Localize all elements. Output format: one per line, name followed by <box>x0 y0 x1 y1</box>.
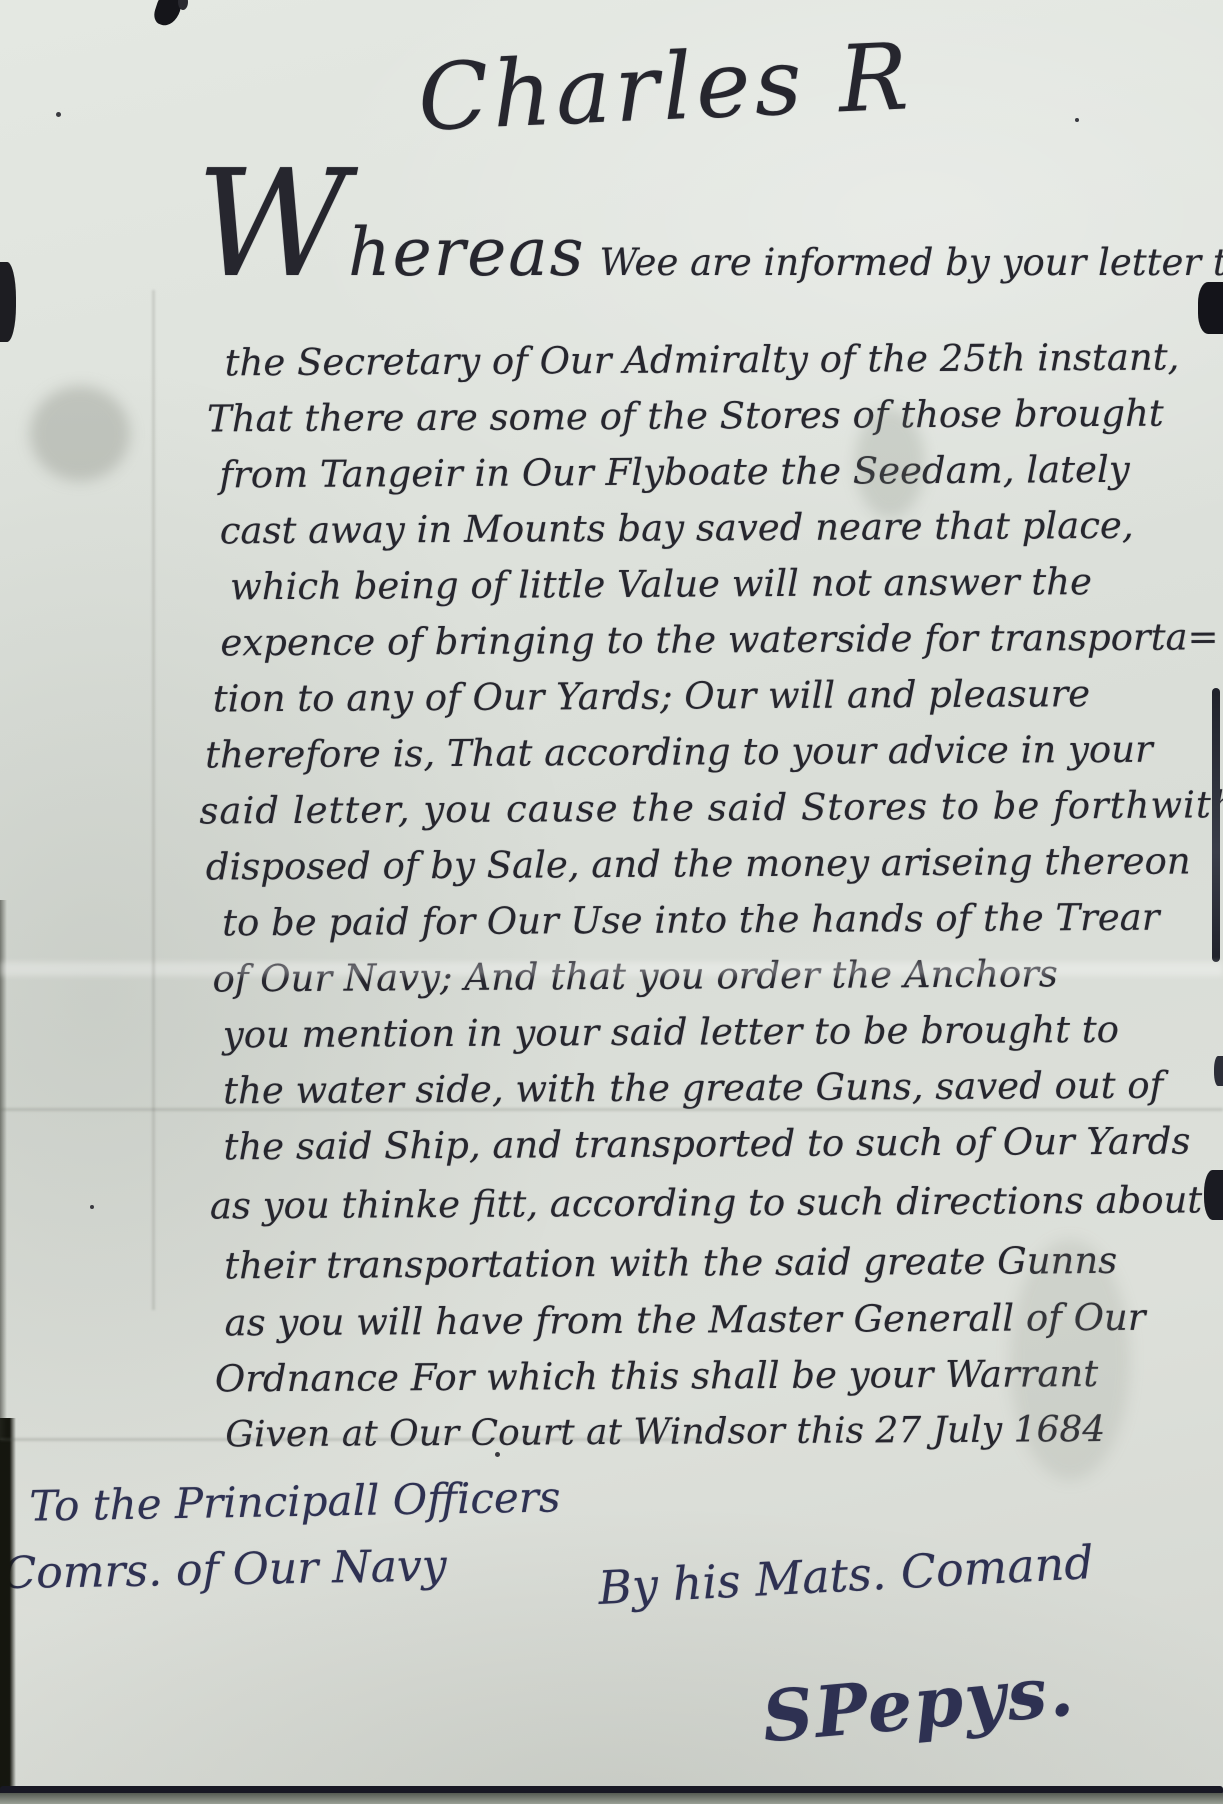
body-line: the said Ship, and transported to such o… <box>1 1113 1223 1176</box>
body-line: expence of bringing to the waterside for… <box>0 609 1222 672</box>
paper-stain <box>30 386 130 481</box>
paper-crease <box>0 962 1223 976</box>
opening-word: Whereas <box>196 150 586 298</box>
body-line: disposed of by Sale, and the money arise… <box>0 833 1223 896</box>
address-line: Comrs. of Our Navy <box>2 1529 562 1609</box>
body-line: said letter, you cause the said Stores t… <box>0 777 1223 840</box>
paper-speck <box>1075 118 1079 122</box>
paper-crease <box>152 290 155 1310</box>
binding-shadow-left <box>0 900 7 1440</box>
paper-stain <box>855 408 925 518</box>
attestation-line: By his Mats. Comand <box>597 1535 1095 1615</box>
body-first-line: Whereas Wee are informed by your letter … <box>196 150 1223 298</box>
paper-crease <box>0 1438 700 1441</box>
royal-signature: Charles R <box>416 31 914 144</box>
body-line: cast away in Mounts bay saved neare that… <box>0 497 1221 560</box>
body-line: from Tangeir in Our Flyboate the Seedam,… <box>0 441 1221 504</box>
ink-mark <box>1198 282 1223 334</box>
paper-crease <box>0 1108 1223 1111</box>
paper-speck <box>56 112 61 117</box>
secretary-signature: SPepys. <box>759 1649 1078 1759</box>
body-line: therefore is, That according to your adv… <box>0 721 1222 784</box>
body-line: the Secretary of Our Admiralty of the 25… <box>0 329 1220 392</box>
body-line: Wee are informed by your letter to <box>600 241 1223 284</box>
address-line: To the Principall Officers <box>29 1465 561 1538</box>
paper-speck <box>90 1205 94 1209</box>
body-line: tion to any of Our Yards; Our will and p… <box>0 665 1222 728</box>
body-line: the water side, with the greate Guns, sa… <box>1 1057 1223 1120</box>
binding-shadow-left <box>0 1418 16 1804</box>
paper-stain <box>1010 1240 1130 1480</box>
paper-speck <box>495 1452 500 1457</box>
manuscript-page: Charles R Whereas Wee are informed by yo… <box>0 0 1223 1804</box>
ink-mark <box>178 0 188 10</box>
ink-streak <box>1212 688 1220 962</box>
body-line: That there are some of the Stores of tho… <box>0 385 1220 448</box>
body-line: of Our Navy; And that you order the Anch… <box>0 945 1223 1008</box>
body-line: to be paid for Our Use into the hands of… <box>0 889 1223 952</box>
ink-blot <box>0 262 16 342</box>
ink-mark <box>1204 1170 1223 1220</box>
ink-mark <box>1214 1056 1223 1086</box>
page-edge-bottom <box>0 1793 1223 1804</box>
body-line: as you thinke fitt, according to such di… <box>2 1169 1223 1238</box>
body-line: you mention in your said letter to be br… <box>1 1001 1223 1064</box>
body-line: which being of little Value will not ans… <box>0 553 1221 616</box>
address-block: To the Principall Officers Comrs. of Our… <box>29 1465 562 1608</box>
